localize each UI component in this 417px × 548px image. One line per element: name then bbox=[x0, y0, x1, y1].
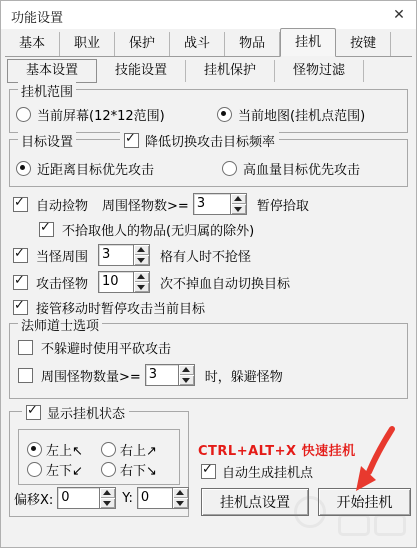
target-settings-group: 目标设置 降低切换攻击目标频率 近距离目标优先攻击 高血量目标优先攻击 bbox=[9, 139, 408, 187]
avoid-label-before[interactable]: 周围怪物数量>= bbox=[41, 366, 141, 385]
afk-range-group: 挂机范围 当前屏幕(12*12范围) 当前地图(挂机点范围) bbox=[9, 89, 408, 133]
radio-top-left[interactable]: 左上↖ bbox=[27, 439, 83, 459]
spinner-up-icon[interactable] bbox=[173, 488, 188, 498]
radio-icon[interactable] bbox=[217, 107, 232, 122]
show-afk-status-checkbox-row[interactable]: 显示挂机状态 bbox=[22, 403, 129, 422]
afk-status-group: 显示挂机状态 左上↖ 右上↗ 左下↙ 右下↘ 偏移X: 0 bbox=[9, 411, 189, 517]
afk-range-legend: 挂机范围 bbox=[18, 81, 76, 100]
no-take-others-checkbox[interactable] bbox=[39, 222, 54, 237]
avoid-monsters-checkbox[interactable] bbox=[18, 368, 33, 383]
mage-taoist-legend: 法师道士选项 bbox=[18, 315, 102, 334]
show-afk-status-label[interactable]: 显示挂机状态 bbox=[47, 403, 125, 422]
auto-generate-point-checkbox[interactable] bbox=[201, 464, 216, 479]
attack-label-before[interactable]: 攻击怪物 bbox=[36, 273, 88, 292]
attack-label-after: 次不掉血自动切换目标 bbox=[160, 273, 290, 292]
offset-y-label: Y: bbox=[122, 491, 133, 506]
nearby-players-checkbox[interactable] bbox=[13, 248, 28, 263]
no-take-others-label[interactable]: 不拾取他人的物品(无归属的除外) bbox=[62, 220, 254, 239]
show-afk-status-checkbox[interactable] bbox=[26, 405, 41, 420]
auto-pickup-row: 自动捡物 周围怪物数>= 3 暂停拾取 bbox=[13, 194, 309, 214]
radio-icon[interactable] bbox=[27, 442, 42, 457]
nearby-players-row: 当怪周围 3 格有人时不抢怪 bbox=[13, 245, 251, 265]
radio-label[interactable]: 左上↖ bbox=[46, 440, 83, 459]
no-take-others-row[interactable]: 不拾取他人的物品(无归属的除外) bbox=[39, 219, 254, 239]
melee-attack-checkbox[interactable] bbox=[18, 340, 33, 355]
attack-count-spinner: 10 bbox=[98, 271, 150, 293]
main-tab-strip: 基本 职业 保护 战斗 物品 挂机 按键 bbox=[5, 31, 412, 57]
radio-icon[interactable] bbox=[16, 161, 31, 176]
radio-high-hp-priority[interactable]: 高血量目标优先攻击 bbox=[222, 158, 360, 178]
nearby-label-before[interactable]: 当怪周围 bbox=[36, 246, 88, 265]
radio-bottom-right[interactable]: 右下↘ bbox=[101, 459, 157, 479]
radio-icon[interactable] bbox=[27, 462, 42, 477]
radio-current-screen[interactable]: 当前屏幕(12*12范围) bbox=[16, 104, 165, 124]
pause-pickup-label: 暂停拾取 bbox=[257, 195, 309, 214]
spinner-value[interactable]: 0 bbox=[138, 488, 172, 508]
radio-current-map[interactable]: 当前地图(挂机点范围) bbox=[217, 104, 365, 124]
takeover-move-row[interactable]: 接管移动时暂停攻击当前目标 bbox=[13, 297, 205, 317]
subtab-basic-settings[interactable]: 基本设置 bbox=[7, 59, 97, 83]
avoid-monsters-row: 周围怪物数量>= 3 时，躲避怪物 bbox=[18, 365, 283, 385]
spinner-down-icon[interactable] bbox=[231, 204, 246, 214]
afk-point-settings-button[interactable]: 挂机点设置 bbox=[201, 488, 309, 516]
auto-generate-point-row[interactable]: 自动生成挂机点 bbox=[201, 461, 313, 481]
monster-count-spinner: 3 bbox=[193, 193, 247, 215]
mage-taoist-group: 法师道士选项 不躲避时使用平砍攻击 周围怪物数量>= 3 时，躲避怪物 bbox=[9, 323, 408, 399]
spinner-down-icon[interactable] bbox=[173, 498, 188, 508]
spinner-up-icon[interactable] bbox=[231, 194, 246, 204]
close-icon[interactable]: ✕ bbox=[382, 1, 416, 29]
checkbox-label[interactable]: 降低切换攻击目标频率 bbox=[145, 131, 275, 150]
auto-pickup-checkbox[interactable] bbox=[13, 197, 28, 212]
spinner-value[interactable]: 0 bbox=[58, 488, 99, 508]
radio-label[interactable]: 近距离目标优先攻击 bbox=[37, 159, 154, 178]
checkbox-reduce-switch-rate[interactable]: 降低切换攻击目标频率 bbox=[120, 131, 279, 150]
radio-label[interactable]: 高血量目标优先攻击 bbox=[243, 159, 360, 178]
radio-bottom-left[interactable]: 左下↙ bbox=[27, 459, 83, 479]
function-settings-window: 功能设置 ✕ 基本 职业 保护 战斗 物品 挂机 按键 基本设置 技能设置 挂机… bbox=[0, 0, 417, 548]
subtab-skill-settings[interactable]: 技能设置 bbox=[97, 60, 186, 82]
subtab-afk-protect[interactable]: 挂机保护 bbox=[186, 60, 275, 82]
melee-attack-label[interactable]: 不躲避时使用平砍攻击 bbox=[41, 338, 171, 357]
offset-x-label: 偏移X: bbox=[14, 489, 53, 508]
offset-x-spinner: 0 bbox=[57, 487, 116, 509]
spinner-down-icon[interactable] bbox=[134, 255, 149, 265]
melee-attack-row[interactable]: 不躲避时使用平砍攻击 bbox=[18, 337, 171, 357]
takeover-move-checkbox[interactable] bbox=[13, 300, 28, 315]
avoid-count-spinner: 3 bbox=[145, 364, 195, 386]
radio-icon[interactable] bbox=[101, 442, 116, 457]
subtab-monster-filter[interactable]: 怪物过滤 bbox=[275, 60, 364, 82]
tab-basic[interactable]: 基本 bbox=[5, 32, 60, 56]
nearby-label-after: 格有人时不抢怪 bbox=[160, 246, 251, 265]
window-title: 功能设置 bbox=[11, 7, 63, 26]
start-afk-button[interactable]: 开始挂机 bbox=[318, 488, 411, 516]
spinner-value[interactable]: 3 bbox=[146, 365, 178, 385]
spinner-up-icon[interactable] bbox=[100, 488, 115, 498]
radio-label[interactable]: 当前屏幕(12*12范围) bbox=[37, 105, 165, 124]
quick-afk-hotkey-text: CTRL+ALT+X 快速挂机 bbox=[198, 440, 356, 459]
monster-count-label: 周围怪物数>= bbox=[102, 195, 189, 214]
tab-profession[interactable]: 职业 bbox=[60, 32, 115, 56]
attack-switch-checkbox[interactable] bbox=[13, 275, 28, 290]
title-bar: 功能设置 ✕ bbox=[1, 1, 416, 29]
radio-label[interactable]: 当前地图(挂机点范围) bbox=[238, 105, 365, 124]
tab-items[interactable]: 物品 bbox=[225, 32, 280, 56]
spinner-up-icon[interactable] bbox=[179, 365, 194, 375]
nearby-range-spinner: 3 bbox=[98, 244, 150, 266]
takeover-move-label[interactable]: 接管移动时暂停攻击当前目标 bbox=[36, 298, 205, 317]
spinner-down-icon[interactable] bbox=[179, 375, 194, 385]
avoid-label-after: 时，躲避怪物 bbox=[205, 366, 283, 385]
radio-top-right[interactable]: 右上↗ bbox=[101, 439, 157, 459]
spinner-value[interactable]: 10 bbox=[99, 272, 133, 292]
radio-label[interactable]: 左下↙ bbox=[46, 460, 83, 479]
offset-row: 偏移X: 0 Y: 0 bbox=[14, 488, 189, 508]
spinner-down-icon[interactable] bbox=[100, 498, 115, 508]
tab-afk[interactable]: 挂机 bbox=[280, 28, 336, 57]
tab-protect[interactable]: 保护 bbox=[115, 32, 170, 56]
attack-switch-row: 攻击怪物 10 次不掉血自动切换目标 bbox=[13, 272, 290, 292]
red-arrow-annotation bbox=[346, 425, 402, 497]
target-settings-legend: 目标设置 bbox=[18, 131, 76, 150]
spinner-down-icon[interactable] bbox=[134, 282, 149, 292]
spinner-up-icon[interactable] bbox=[134, 272, 149, 282]
auto-generate-point-label[interactable]: 自动生成挂机点 bbox=[222, 462, 313, 481]
spinner-value[interactable]: 3 bbox=[99, 245, 133, 265]
radio-icon[interactable] bbox=[16, 107, 31, 122]
checkbox-icon[interactable] bbox=[124, 133, 139, 148]
tab-keys[interactable]: 按键 bbox=[336, 32, 391, 56]
spinner-up-icon[interactable] bbox=[134, 245, 149, 255]
radio-icon[interactable] bbox=[101, 462, 116, 477]
radio-label[interactable]: 右上↗ bbox=[120, 440, 157, 459]
offset-y-spinner: 0 bbox=[137, 487, 189, 509]
radio-label[interactable]: 右下↘ bbox=[120, 460, 157, 479]
radio-icon[interactable] bbox=[222, 161, 237, 176]
auto-pickup-label[interactable]: 自动捡物 bbox=[36, 195, 88, 214]
position-subgroup: 左上↖ 右上↗ 左下↙ 右下↘ bbox=[18, 429, 180, 485]
radio-near-target-priority[interactable]: 近距离目标优先攻击 bbox=[16, 158, 154, 178]
tab-combat[interactable]: 战斗 bbox=[170, 32, 225, 56]
spinner-value[interactable]: 3 bbox=[194, 194, 230, 214]
